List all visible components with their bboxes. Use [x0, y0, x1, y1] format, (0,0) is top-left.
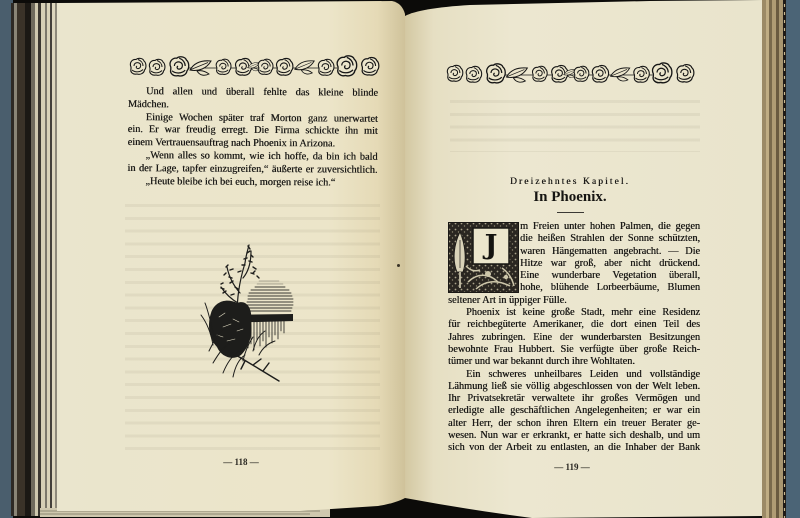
text-line: waren Hängematten angebracht. — Die	[520, 246, 700, 258]
text-line: alter Herr, der schon ihren Eltern ein t…	[448, 418, 700, 430]
landscape-vignette-illustration	[193, 243, 297, 383]
text-line: Hitze war groß, aber nicht drückend.	[520, 258, 700, 270]
text-line: bewohnte Frau Hubbert. Sie verfügte über…	[448, 344, 700, 356]
chapter-label: Dreizehntes Kapitel.	[455, 176, 685, 188]
text-line: Phoenix ist keine große Stadt, mehr eine…	[448, 307, 700, 319]
text-line: für reichbegüterte Amerikaner, die dort …	[448, 319, 700, 331]
text-line: Lähmung ließ sie völlig abgeschlossen vo…	[448, 381, 700, 393]
text-line: die heißen Strahlen der Sonne schützten,	[520, 233, 700, 245]
text-line: sich von der Arbeit zu entlasten, an die…	[448, 442, 700, 454]
text-line: erledigte alle geschäftlichen Angelegenh…	[448, 405, 700, 417]
text-line: tümer und war bekannt durch ihre Wohltat…	[448, 356, 700, 368]
text-line: hohe, blühende Lorbeerbäume, Blumen	[520, 282, 700, 294]
text-line: Jahres zubringen. Eine der wunderbarsten…	[448, 332, 700, 344]
rose-garland-ornament	[127, 52, 381, 80]
rose-garland-ornament	[444, 59, 696, 87]
right-page-stack	[762, 0, 786, 518]
text-line: „Heute bleibe ich bei euch, morgen reise…	[127, 176, 377, 191]
paper-blemish	[397, 264, 400, 267]
text-line: seltener Art in üppiger Fülle.	[448, 295, 700, 307]
chapter-divider	[557, 212, 584, 213]
text-line: Eine wunderbare Vegetation überall,	[520, 270, 700, 282]
text-line: Ein schweres unheilbares Leiden und voll…	[448, 369, 700, 381]
text-line: Mädchen.	[128, 99, 378, 114]
right-page-text: m Freien unter hohen Palmen, die gegen d…	[448, 221, 700, 455]
chapter-title: In Phoenix.	[455, 188, 685, 206]
show-through-text	[450, 92, 700, 152]
page-number: — 118 —	[191, 457, 291, 468]
page-number: — 119 —	[522, 462, 622, 473]
right-cover	[786, 0, 800, 518]
text-line: m Freien unter hohen Palmen, die gegen	[520, 221, 700, 233]
text-line: wesen. Nun war er erkrankt, er hatte sic…	[448, 430, 700, 442]
left-page-text: Und allen und überall fehlte das kleine …	[127, 86, 378, 190]
text-line: Ihr Privatsekretär verwaltete ihr großes…	[448, 393, 700, 405]
text-line: in der Lage, tapfer einzugreifen,“ äußer…	[127, 163, 377, 178]
